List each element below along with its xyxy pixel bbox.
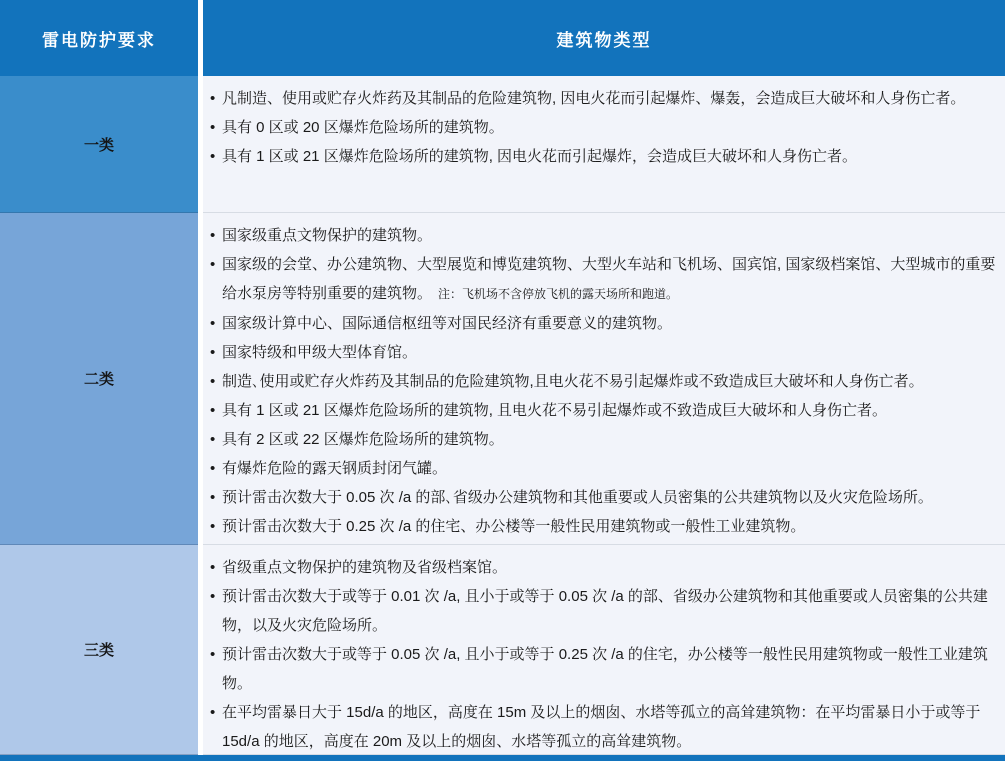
building-list-class-1: 凡制造、使用或贮存火炸药及其制品的危险建筑物, 因电火花而引起爆炸、爆轰，会造成…	[209, 84, 997, 171]
item-text: 预计雷击次数大于或等于 0.05 次 /a, 且小于或等于 0.25 次 /a …	[222, 646, 988, 692]
item-text: 国家级计算中心、国际通信枢纽等对国民经济有重要意义的建筑物。	[222, 315, 672, 332]
row-label-class-2: 二类	[0, 213, 198, 545]
list-item: 凡制造、使用或贮存火炸药及其制品的危险建筑物, 因电火花而引起爆炸、爆轰，会造成…	[209, 84, 997, 113]
list-item: 具有 1 区或 21 区爆炸危险场所的建筑物, 且电火花不易引起爆炸或不致造成巨…	[209, 396, 997, 425]
bottom-accent-bar	[0, 755, 1005, 761]
item-text: 具有 1 区或 21 区爆炸危险场所的建筑物, 因电火花而引起爆炸，会造成巨大破…	[222, 148, 857, 165]
list-item: 预计雷击次数大于或等于 0.05 次 /a, 且小于或等于 0.25 次 /a …	[209, 640, 997, 698]
list-item: 具有 1 区或 21 区爆炸危险场所的建筑物, 因电火花而引起爆炸，会造成巨大破…	[209, 142, 997, 171]
header-cell-protection-requirement: 雷电防护要求	[0, 0, 198, 76]
row-label-class-3: 三类	[0, 545, 198, 755]
list-item: 具有 2 区或 22 区爆炸危险场所的建筑物。	[209, 425, 997, 454]
item-text: 预计雷击次数大于或等于 0.01 次 /a, 且小于或等于 0.05 次 /a …	[222, 588, 988, 634]
item-text: 有爆炸危险的露天钢质封闭气罐。	[222, 460, 447, 477]
lightning-protection-table: 雷电防护要求 建筑物类型 一类 凡制造、使用或贮存火炸药及其制品的危险建筑物, …	[0, 0, 1005, 761]
item-text: 在平均雷暴日大于 15d/a 的地区，高度在 15m 及以上的烟囱、水塔等孤立的…	[222, 704, 980, 750]
row-content-class-3: 省级重点文物保护的建筑物及省级档案馆。 预计雷击次数大于或等于 0.01 次 /…	[203, 545, 1005, 755]
row-content-class-2: 国家级重点文物保护的建筑物。 国家级的会堂、办公建筑物、大型展览和博览建筑物、大…	[203, 213, 1005, 545]
list-item: 预计雷击次数大于 0.25 次 /a 的住宅、办公楼等一般性民用建筑物或一般性工…	[209, 512, 997, 541]
item-text: 省级重点文物保护的建筑物及省级档案馆。	[222, 559, 507, 576]
list-item: 有爆炸危险的露天钢质封闭气罐。	[209, 454, 997, 483]
list-item: 国家级重点文物保护的建筑物。	[209, 221, 997, 250]
row-content-class-1: 凡制造、使用或贮存火炸药及其制品的危险建筑物, 因电火花而引起爆炸、爆轰，会造成…	[203, 76, 1005, 213]
list-item: 国家级计算中心、国际通信枢纽等对国民经济有重要意义的建筑物。	[209, 309, 997, 338]
list-item: 制造､使用或贮存火炸药及其制品的危险建筑物,且电火花不易引起爆炸或不致造成巨大破…	[209, 367, 997, 396]
item-text: 预计雷击次数大于 0.25 次 /a 的住宅、办公楼等一般性民用建筑物或一般性工…	[222, 518, 805, 535]
building-list-class-3: 省级重点文物保护的建筑物及省级档案馆。 预计雷击次数大于或等于 0.01 次 /…	[209, 553, 997, 755]
item-text: 凡制造、使用或贮存火炸药及其制品的危险建筑物, 因电火花而引起爆炸、爆轰，会造成…	[222, 90, 965, 107]
item-text: 具有 2 区或 22 区爆炸危险场所的建筑物。	[222, 431, 504, 448]
list-item: 在平均雷暴日大于 15d/a 的地区，高度在 15m 及以上的烟囱、水塔等孤立的…	[209, 698, 997, 755]
list-item: 省级重点文物保护的建筑物及省级档案馆。	[209, 553, 997, 582]
item-text: 国家级重点文物保护的建筑物。	[222, 227, 432, 244]
item-text: 具有 1 区或 21 区爆炸危险场所的建筑物, 且电火花不易引起爆炸或不致造成巨…	[222, 402, 887, 419]
list-item: 国家特级和甲级大型体育馆。	[209, 338, 997, 367]
list-item: 预计雷击次数大于或等于 0.01 次 /a, 且小于或等于 0.05 次 /a …	[209, 582, 997, 640]
item-text: 国家特级和甲级大型体育馆。	[222, 344, 417, 361]
item-text: 制造､使用或贮存火炸药及其制品的危险建筑物,且电火花不易引起爆炸或不致造成巨大破…	[222, 373, 924, 390]
item-text: 具有 0 区或 20 区爆炸危险场所的建筑物。	[222, 119, 504, 136]
building-list-class-2: 国家级重点文物保护的建筑物。 国家级的会堂、办公建筑物、大型展览和博览建筑物、大…	[209, 221, 997, 541]
list-item: 国家级的会堂、办公建筑物、大型展览和博览建筑物、大型火车站和飞机场、国宾馆, 国…	[209, 250, 997, 309]
header-cell-building-type: 建筑物类型	[203, 0, 1005, 76]
item-note: 注：飞机场不含停放飞机的露天场所和跑道。	[438, 287, 678, 301]
list-item: 预计雷击次数大于 0.05 次 /a 的部､省级办公建筑物和其他重要或人员密集的…	[209, 483, 997, 512]
row-label-class-1: 一类	[0, 76, 198, 213]
item-text: 预计雷击次数大于 0.05 次 /a 的部､省级办公建筑物和其他重要或人员密集的…	[222, 489, 933, 506]
list-item: 具有 0 区或 20 区爆炸危险场所的建筑物。	[209, 113, 997, 142]
